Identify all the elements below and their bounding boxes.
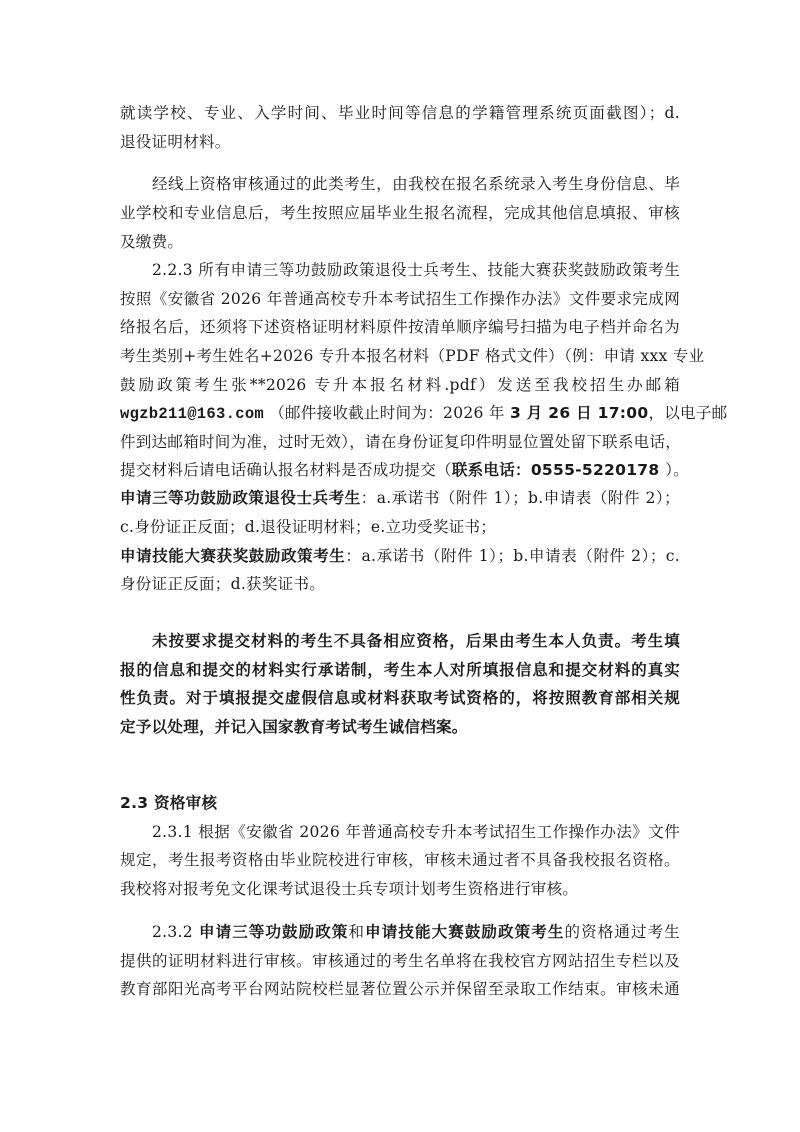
text-segment: c.身份证正反面；d.退役证明材料；e.立功受奖证书； (120, 518, 496, 536)
bold-text: 3 月 26 日 17:00 (510, 404, 648, 422)
text-segment: 2.3.2 (152, 923, 199, 941)
bold-text: 申请三等功鼓励政策 (199, 923, 349, 941)
text-segment: 退役证明材料。 (120, 133, 231, 151)
text-line: 教育部阳光高考平台网站院校栏显著位置公示并保留至录取工作结束。审核未通 (120, 978, 680, 1000)
text-line: 考生类别+考生姓名+2026 专升本报名材料（PDF 格式文件）（例：申请 xx… (120, 345, 680, 367)
text-line: 提交材料后请电话确认报名材料是否成功提交（联系电话：0555-5220178 ）… (120, 459, 680, 481)
text-line: 络报名后，还须将下述资格证明材料原件按清单顺序编号扫描为电子档并命名为 (120, 316, 680, 338)
text-line: 性负责。对于填报提交虚假信息或材料获取考试资格的，将按照教育部相关规 (120, 687, 680, 709)
bold-text: 申请三等功鼓励政策退役士兵考生 (120, 489, 361, 507)
bold-text: 未按要求提交材料的考生不具备相应资格，后果由考生本人负责。考生填 (152, 632, 680, 650)
bold-text: 定予以处理，并记入国家教育考试考生诚信档案。 (120, 718, 468, 736)
text-segment: 业学校和专业信息后，考生按照应届毕业生报名流程，完成其他信息填报、审核 (120, 204, 680, 222)
text-segment: 经线上资格审核通过的此类考生，由我校在报名系统录入考生身份信息、毕 (152, 175, 680, 193)
bold-text: 申请技能大赛鼓励政策考生 (365, 923, 564, 941)
text-segment: 规定，考生报考资格由毕业院校进行审核，审核未通过者不具备我校报名资格。 (120, 851, 680, 869)
text-segment: 提供的证明材料进行审核。审核通过的考生名单将在我校官方网站招生专栏以及 (120, 952, 680, 970)
text-segment: 及缴费。 (120, 233, 183, 251)
text-line: 业学校和专业信息后，考生按照应届毕业生报名流程，完成其他信息填报、审核 (120, 202, 680, 224)
bold-text: 2.3 资格审核 (120, 794, 217, 812)
text-line: 按照《安徽省 2026 年普通高校专升本考试招生工作操作办法》文件要求完成网 (120, 288, 680, 310)
text-line: 申请三等功鼓励政策退役士兵考生：a.承诺书（附件 1）；b.申请表（附件 2）； (120, 487, 680, 509)
text-segment: 件到达邮箱时间为准，过时无效），请在身份证复印件明显位置处留下联系电话， (120, 433, 681, 451)
text-line: 2.3.2 申请三等功鼓励政策和申请技能大赛鼓励政策考生的资格通过考生 (152, 921, 680, 943)
text-line: 定予以处理，并记入国家教育考试考生诚信档案。 (120, 716, 680, 738)
bold-text: 报的信息和提交的材料实行承诺制，考生本人对所填报信息和提交材料的真实 (120, 661, 680, 679)
text-segment: （邮件接收截止时间为：2026 年 (264, 404, 510, 422)
email-address: wgzb211@163.com (120, 405, 264, 423)
text-segment: 我校将对报考免文化课考试退役士兵专项计划考生资格进行审核。 (120, 880, 578, 898)
text-line: 件到达邮箱时间为准，过时无效），请在身份证复印件明显位置处留下联系电话， (120, 431, 680, 453)
bold-text: 性负责。对于填报提交虚假信息或材料获取考试资格的，将按照教育部相关规 (120, 689, 680, 707)
text-segment: 和 (349, 923, 366, 941)
text-line: 2.3.1 根据《安徽省 2026 年普通高校专升本考试招生工作操作办法》文件 (152, 821, 680, 843)
text-segment: ：a.承诺书（附件 1）；b.申请表（附件 2）； (361, 489, 680, 507)
text-line: 身份证正反面；d.获奖证书。 (120, 573, 680, 595)
text-line: 鼓励政策考生张**2026 专升本报名材料.pdf）发送至我校招生办邮箱 (120, 374, 680, 396)
text-line: 就读学校、专业、入学时间、毕业时间等信息的学籍管理系统页面截图）；d. (120, 102, 680, 124)
text-line: 2.2.3 所有申请三等功鼓励政策退役士兵考生、技能大赛获奖鼓励政策考生 (152, 259, 680, 281)
text-segment: ）。 (665, 461, 689, 479)
text-segment: ，以电子邮 (648, 404, 727, 422)
text-segment: 考生类别+考生姓名+2026 专升本报名材料（PDF 格式文件）（例：申请 xx… (120, 347, 704, 365)
bold-text: 申请技能大赛获奖鼓励政策考生 (120, 547, 345, 565)
text-line: 规定，考生报考资格由毕业院校进行审核，审核未通过者不具备我校报名资格。 (120, 849, 680, 871)
text-segment: 身份证正反面；d.获奖证书。 (120, 575, 325, 593)
text-line: 报的信息和提交的材料实行承诺制，考生本人对所填报信息和提交材料的真实 (120, 659, 680, 681)
text-segment: 鼓励政策考生张**2026 专升本报名材料.pdf）发送至我校招生办邮箱 (120, 376, 680, 394)
text-segment: 就读学校、专业、入学时间、毕业时间等信息的学籍管理系统页面截图）；d. (120, 104, 680, 122)
section-heading: 2.3 资格审核 (120, 792, 680, 814)
text-line: wgzb211@163.com （邮件接收截止时间为：2026 年 3 月 26… (120, 402, 680, 424)
document-page: 就读学校、专业、入学时间、毕业时间等信息的学籍管理系统页面截图）；d.退役证明材… (0, 0, 800, 1132)
text-segment: 提交材料后请电话确认报名材料是否成功提交（ (120, 461, 452, 479)
text-segment: 按照《安徽省 2026 年普通高校专升本考试招生工作操作办法》文件要求完成网 (120, 290, 680, 308)
text-segment: 2.3.1 根据《安徽省 2026 年普通高校专升本考试招生工作操作办法》文件 (152, 823, 680, 841)
bold-text: 联系电话：0555-5220178 (452, 461, 665, 479)
text-line: 及缴费。 (120, 231, 680, 253)
text-line: 经线上资格审核通过的此类考生，由我校在报名系统录入考生身份信息、毕 (152, 173, 680, 195)
text-segment: 的资格通过考生 (565, 923, 680, 941)
text-segment: ：a.承诺书（附件 1）；b.申请表（附件 2）；c. (345, 547, 680, 565)
text-line: 退役证明材料。 (120, 131, 680, 153)
text-line: 未按要求提交材料的考生不具备相应资格，后果由考生本人负责。考生填 (152, 630, 680, 652)
text-segment: 教育部阳光高考平台网站院校栏显著位置公示并保留至录取工作结束。审核未通 (120, 980, 680, 998)
text-segment: 络报名后，还须将下述资格证明材料原件按清单顺序编号扫描为电子档并命名为 (120, 318, 680, 336)
text-line: 提供的证明材料进行审核。审核通过的考生名单将在我校官方网站招生专栏以及 (120, 950, 680, 972)
text-line: c.身份证正反面；d.退役证明材料；e.立功受奖证书； (120, 516, 680, 538)
text-segment: 2.2.3 所有申请三等功鼓励政策退役士兵考生、技能大赛获奖鼓励政策考生 (152, 261, 680, 279)
text-line: 我校将对报考免文化课考试退役士兵专项计划考生资格进行审核。 (120, 878, 680, 900)
text-line: 申请技能大赛获奖鼓励政策考生：a.承诺书（附件 1）；b.申请表（附件 2）；c… (120, 545, 680, 567)
